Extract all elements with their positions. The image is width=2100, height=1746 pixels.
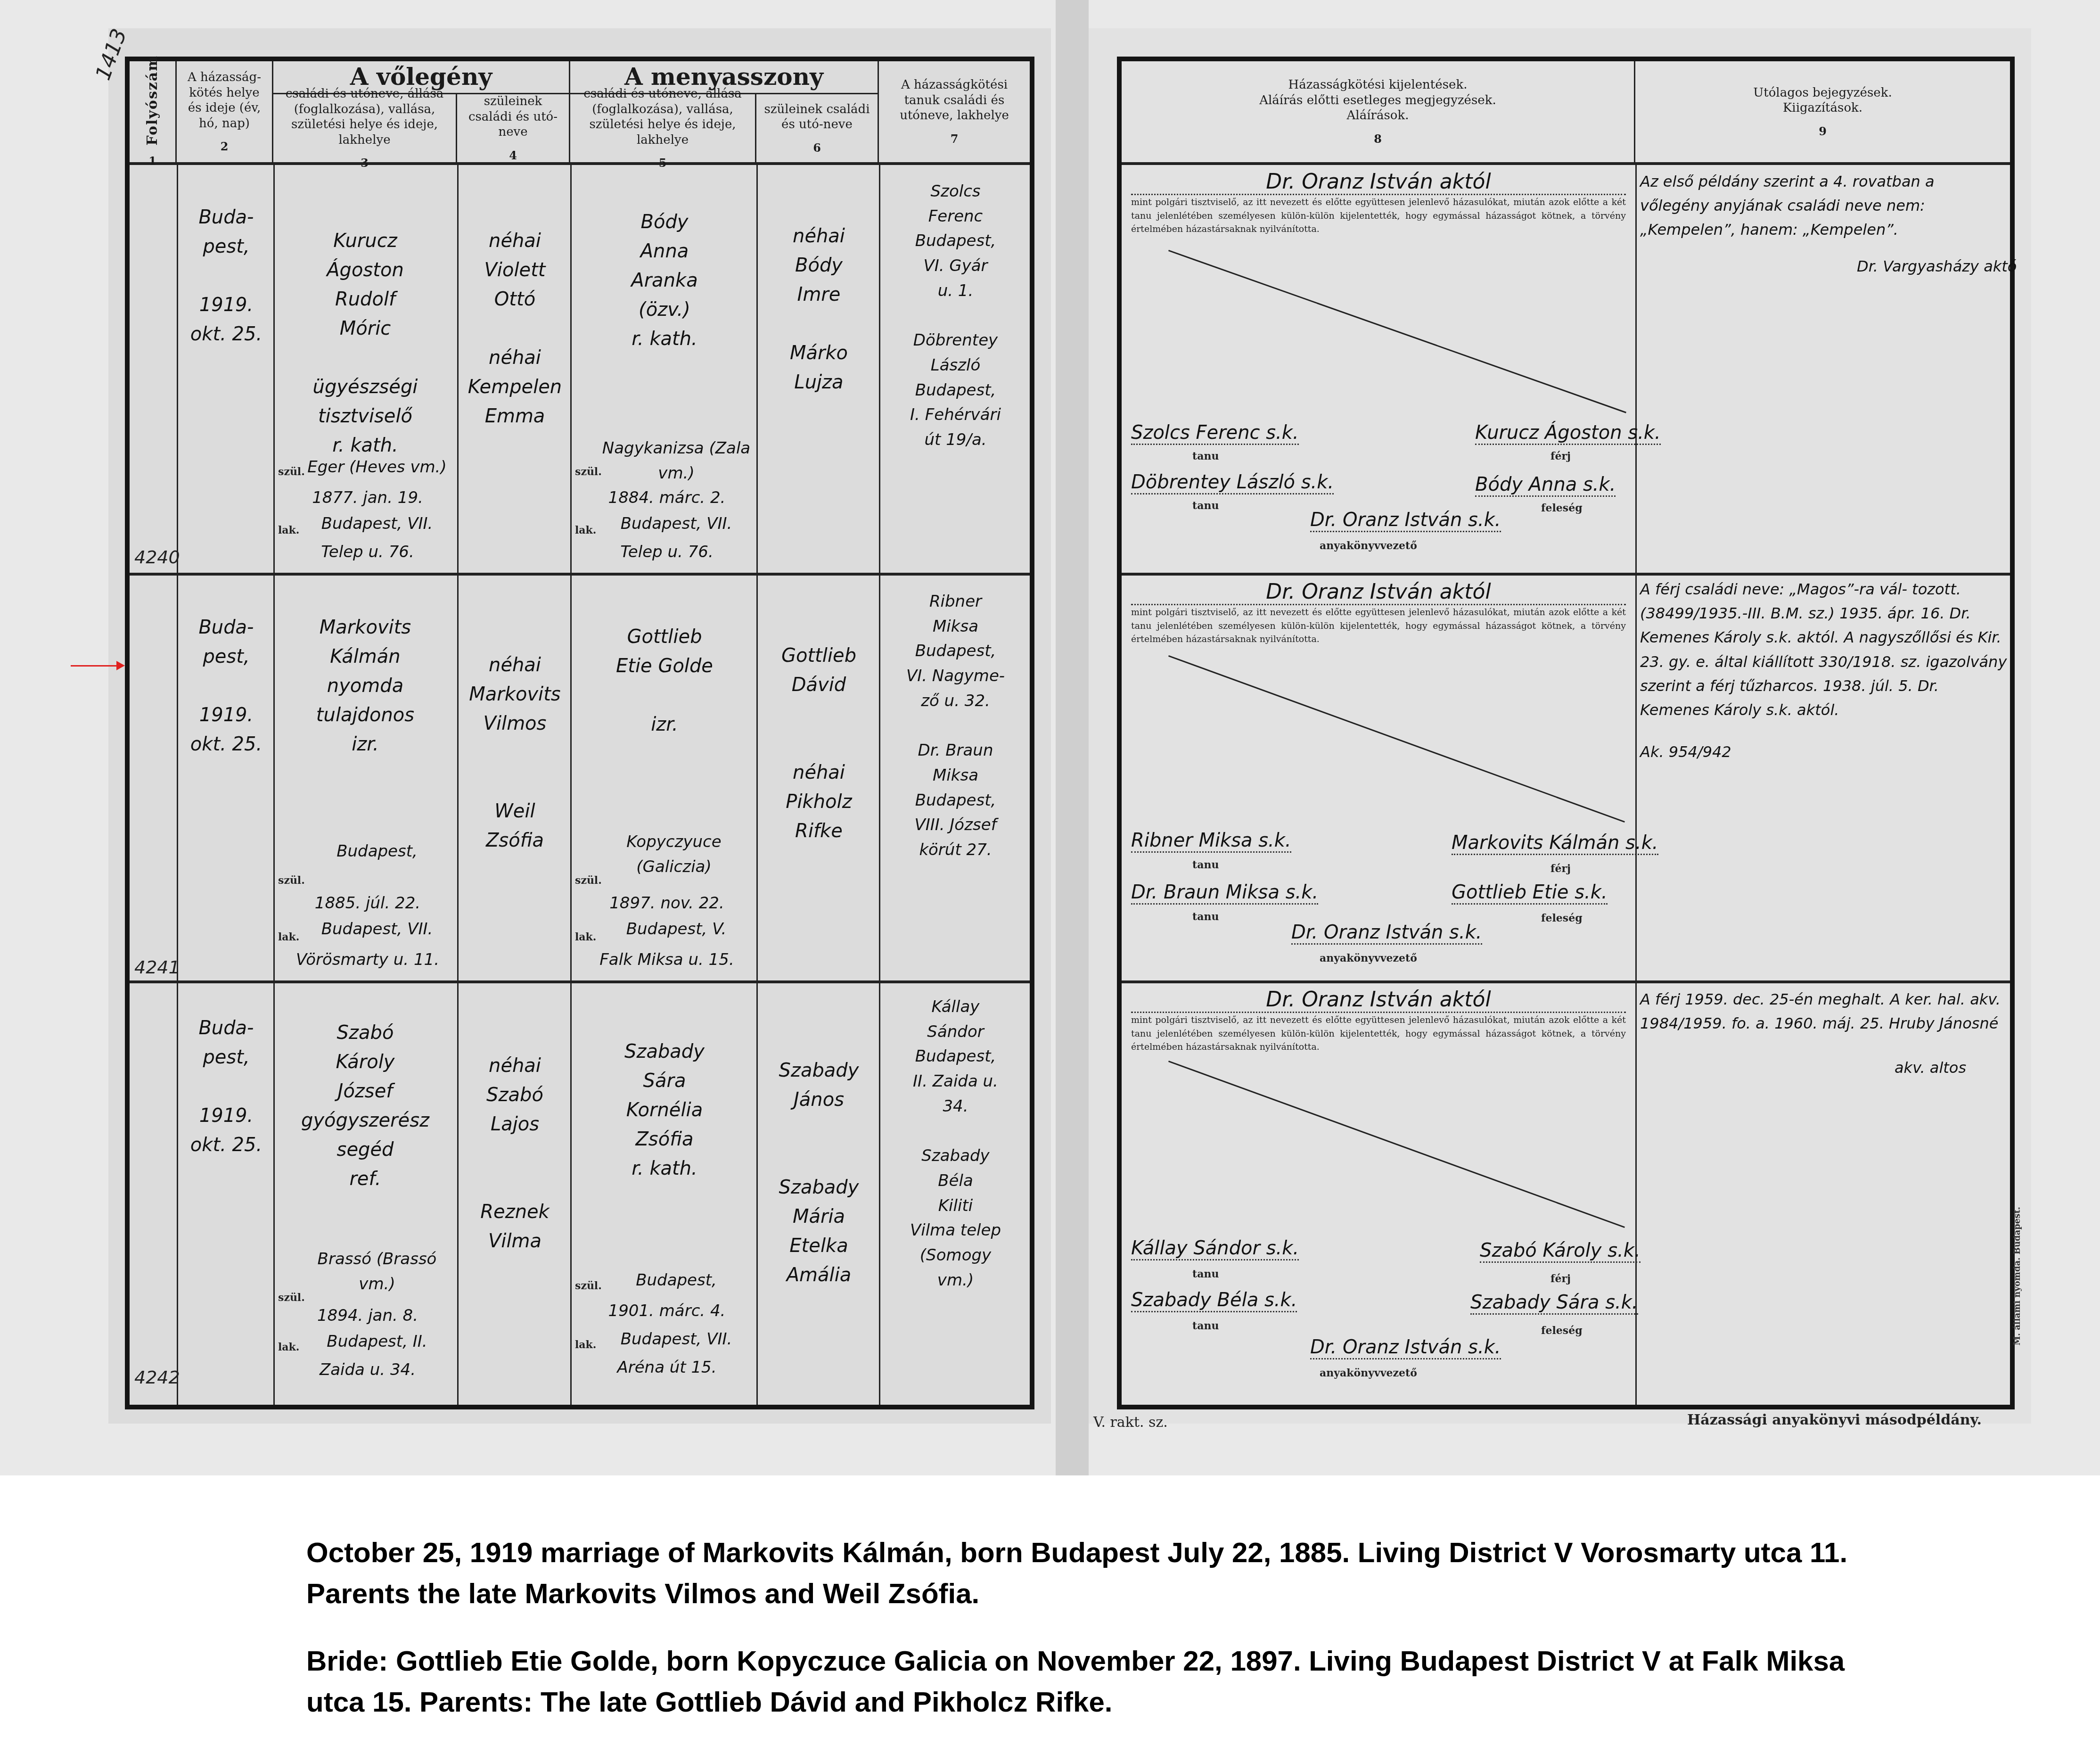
bride-residence: Budapest, VII. bbox=[599, 511, 754, 536]
born-label: szül. bbox=[575, 1280, 602, 1292]
witness-label: tanu bbox=[1192, 1268, 1219, 1280]
entry-number: 4242 bbox=[134, 1367, 180, 1388]
witness-label: tanu bbox=[1192, 500, 1219, 512]
witness1-signature: Szolcs Ferenc s.k. bbox=[1131, 422, 1299, 445]
witness2-signature: Döbrentey László s.k. bbox=[1131, 471, 1334, 494]
husband-signature: Szabó Károly s.k. bbox=[1480, 1240, 1641, 1263]
row-divider bbox=[1122, 980, 2010, 983]
husband-label: férj bbox=[1550, 863, 1571, 875]
registrar-label: anyakönyvvezető bbox=[1320, 540, 1417, 552]
wife-label: feleség bbox=[1541, 912, 1583, 924]
row-divider bbox=[1122, 573, 2010, 576]
born-label: szül. bbox=[575, 466, 602, 478]
later-notes-signature: akv. altos bbox=[1895, 1056, 1966, 1080]
groom-residence: Budapest, II. bbox=[302, 1329, 452, 1354]
caption-groom-paragraph: October 25, 1919 marriage of Markovits K… bbox=[306, 1532, 1909, 1614]
groom-parents: néhai Markovits Vilmos Weil Zsófia bbox=[462, 651, 568, 855]
residence-label: lak. bbox=[278, 524, 300, 536]
witnesses: Kállay Sándor Budapest, II. Zaida u. 34.… bbox=[884, 995, 1027, 1293]
officiant-line: Dr. Oranz István aktól bbox=[1131, 170, 1626, 195]
bride-street: Falk Miksa u. 15. bbox=[580, 947, 754, 972]
registrar-label: anyakönyvvezető bbox=[1320, 1367, 1417, 1379]
bride-residence: Budapest, V. bbox=[599, 917, 754, 942]
witness1-signature: Kállay Sándor s.k. bbox=[1131, 1237, 1299, 1260]
officiant-line: Dr. Oranz István aktól bbox=[1131, 988, 1626, 1013]
red-arrow-icon bbox=[71, 661, 125, 670]
entry-number: 4241 bbox=[134, 957, 180, 978]
book-gutter bbox=[1056, 0, 1089, 1475]
husband-signature: Kurucz Ágoston s.k. bbox=[1475, 422, 1661, 445]
witness2-signature: Szabady Béla s.k. bbox=[1131, 1289, 1297, 1312]
later-notes: Az első példány szerint a 4. rovatban a … bbox=[1640, 170, 2008, 242]
wife-signature: Gottlieb Etie s.k. bbox=[1452, 881, 1608, 905]
col-divider bbox=[273, 165, 275, 1405]
bride-details: Szabady Sára Kornélia Zsófia r. kath. bbox=[575, 1037, 754, 1183]
groom-street: Zaida u. 34. bbox=[283, 1358, 452, 1383]
later-notes: A férj 1959. dec. 25-én meghalt. A ker. … bbox=[1640, 988, 2008, 1036]
bride-parents: Gottlieb Dávid néhai Pikholz Rifke bbox=[761, 641, 877, 846]
col-divider bbox=[177, 165, 178, 1405]
residence-label: lak. bbox=[278, 931, 300, 943]
bride-details: Bódy Anna Aranka (özv.) r. kath. bbox=[575, 207, 754, 354]
col-divider bbox=[570, 165, 572, 1405]
witness-label: tanu bbox=[1192, 911, 1219, 923]
col-divider bbox=[1635, 165, 1637, 1405]
col7-header: A házasságkötési tanuk családi és utónev… bbox=[879, 61, 1030, 165]
bride-street: Aréna út 15. bbox=[580, 1355, 754, 1380]
declaration-text: mint polgári tisztviselő, az itt nevezet… bbox=[1131, 196, 1626, 236]
row-divider bbox=[130, 573, 1030, 576]
col3-header: családi és utóneve, állása (foglalkozása… bbox=[273, 94, 457, 165]
col-divider bbox=[879, 165, 880, 1405]
bride-birthdate: 1897. nov. 22. bbox=[580, 891, 754, 916]
later-notes: A férj családi neve: „Magos”-ra vál- toz… bbox=[1640, 577, 2008, 722]
witness-label: tanu bbox=[1192, 450, 1219, 462]
groom-birthdate: 1877. jan. 19. bbox=[283, 486, 452, 511]
row-divider bbox=[130, 980, 1030, 983]
born-label: szül. bbox=[278, 466, 305, 478]
born-label: szül. bbox=[278, 1292, 305, 1304]
col4-header: szüleinek családi és utó-neve 4 bbox=[457, 94, 570, 165]
husband-label: férj bbox=[1550, 450, 1571, 462]
col-divider bbox=[457, 165, 459, 1405]
groom-residence: Budapest, VII. bbox=[302, 511, 452, 536]
caption-bride-paragraph: Bride: Gottlieb Etie Golde, born Kopyczu… bbox=[306, 1640, 1909, 1722]
groom-parents: néhai Violett Ottó néhai Kempelen Emma bbox=[462, 226, 568, 431]
bride-birthplace: Budapest, bbox=[599, 1268, 754, 1293]
marriage-place-date: Buda- pest, 1919. okt. 25. bbox=[181, 613, 271, 759]
witness1-signature: Ribner Miksa s.k. bbox=[1131, 830, 1291, 853]
officiant-line: Dr. Oranz István aktól bbox=[1131, 580, 1626, 605]
witness2-signature: Dr. Braun Miksa s.k. bbox=[1131, 881, 1318, 905]
witnesses: Szolcs Ferenc Budapest, VI. Gyár u. 1. D… bbox=[884, 179, 1027, 453]
bride-birthdate: 1884. márc. 2. bbox=[580, 486, 754, 511]
col5-header: családi és utóneve, állása (foglalkozása… bbox=[570, 94, 756, 165]
wife-signature: Bódy Anna s.k. bbox=[1475, 474, 1616, 497]
groom-birthplace: Eger (Heves vm.) bbox=[302, 455, 452, 480]
groom-details: Kurucz Ágoston Rudolf Móric ügyészségi t… bbox=[278, 226, 452, 460]
later-notes-signature: Dr. Vargyasházy aktó bbox=[1857, 255, 2017, 279]
bride-birthplace: Kopyczyuce (Galiczia) bbox=[594, 830, 754, 879]
groom-residence: Budapest, VII. bbox=[302, 917, 452, 942]
bride-birthdate: 1901. márc. 4. bbox=[580, 1299, 754, 1324]
marriage-place-date: Buda- pest, 1919. okt. 25. bbox=[181, 1013, 271, 1160]
wife-signature: Szabady Sára s.k. bbox=[1470, 1292, 1638, 1315]
registrar-signature: Dr. Oranz István s.k. bbox=[1291, 922, 1482, 945]
witness-label: tanu bbox=[1192, 859, 1219, 871]
groom-birthdate: 1885. júl. 22. bbox=[283, 891, 452, 916]
born-label: szül. bbox=[278, 874, 305, 887]
bride-parents: néhai Bódy Imre Márko Lujza bbox=[761, 222, 877, 397]
registrar-signature: Dr. Oranz István s.k. bbox=[1310, 509, 1501, 532]
witnesses: Ribner Miksa Budapest, VI. Nagyme- ző u.… bbox=[884, 589, 1027, 863]
groom-parents: néhai Szabó Lajos Reznek Vilma bbox=[462, 1051, 568, 1256]
col8-header: Házasságkötési kijelentések. Aláírás elő… bbox=[1122, 61, 1635, 165]
marriage-place-date: Buda- pest, 1919. okt. 25. bbox=[181, 203, 271, 349]
registrar-label: anyakönyvvezető bbox=[1320, 952, 1417, 964]
groom-details: Markovits Kálmán nyomda tulajdonos izr. bbox=[278, 613, 452, 759]
groom-birthdate: 1894. jan. 8. bbox=[283, 1303, 452, 1328]
col2-header: A házasság-kötés helye és ideje (év, hó,… bbox=[177, 61, 273, 165]
bride-parents: Szabady János Szabady Mária Etelka Amáli… bbox=[761, 1056, 877, 1290]
declaration-text: mint polgári tisztviselő, az itt nevezet… bbox=[1131, 606, 1626, 646]
residence-label: lak. bbox=[575, 931, 597, 943]
groom-birthplace: Brassó (Brassó vm.) bbox=[302, 1247, 452, 1296]
groom-street: Vörösmarty u. 11. bbox=[283, 947, 452, 972]
col6-header: szüleinek családi és utó-neve 6 bbox=[756, 94, 879, 165]
bride-birthplace: Nagykanizsa (Zala vm.) bbox=[599, 436, 754, 486]
entry-number: 4240 bbox=[134, 547, 180, 568]
residence-label: lak. bbox=[575, 524, 597, 536]
bride-details: Gottlieb Etie Golde izr. bbox=[575, 622, 754, 739]
bride-residence: Budapest, VII. bbox=[599, 1327, 754, 1352]
groom-street: Telep u. 76. bbox=[283, 540, 452, 565]
husband-label: férj bbox=[1550, 1273, 1571, 1285]
footer-storage-number: V. rakt. sz. bbox=[1093, 1414, 1168, 1431]
col-divider bbox=[756, 165, 758, 1405]
printer-imprint: M. állami nyomda. Budapest. bbox=[2012, 1207, 2022, 1345]
husband-signature: Markovits Kálmán s.k. bbox=[1452, 832, 1658, 855]
bride-street: Telep u. 76. bbox=[580, 540, 754, 565]
declaration-text: mint polgári tisztviselő, az itt nevezet… bbox=[1131, 1013, 1626, 1054]
groom-birthplace: Budapest, bbox=[302, 839, 452, 864]
later-notes-reference: Ak. 954/942 bbox=[1640, 740, 1731, 764]
col9-header: Utólagos bejegyzések. Kiigazítások. 9 bbox=[1635, 61, 2010, 165]
groom-details: Szabó Károly József gyógyszerész segéd r… bbox=[278, 1018, 452, 1194]
col1-header: Folyószám 1 bbox=[130, 61, 177, 165]
wife-label: feleség bbox=[1541, 502, 1583, 514]
footer-form-title: Házassági anyakönyvi másodpéldány. bbox=[1687, 1412, 1982, 1428]
witness-label: tanu bbox=[1192, 1320, 1219, 1332]
residence-label: lak. bbox=[575, 1339, 597, 1351]
registrar-signature: Dr. Oranz István s.k. bbox=[1310, 1336, 1501, 1359]
wife-label: feleség bbox=[1541, 1325, 1583, 1337]
residence-label: lak. bbox=[278, 1341, 300, 1353]
